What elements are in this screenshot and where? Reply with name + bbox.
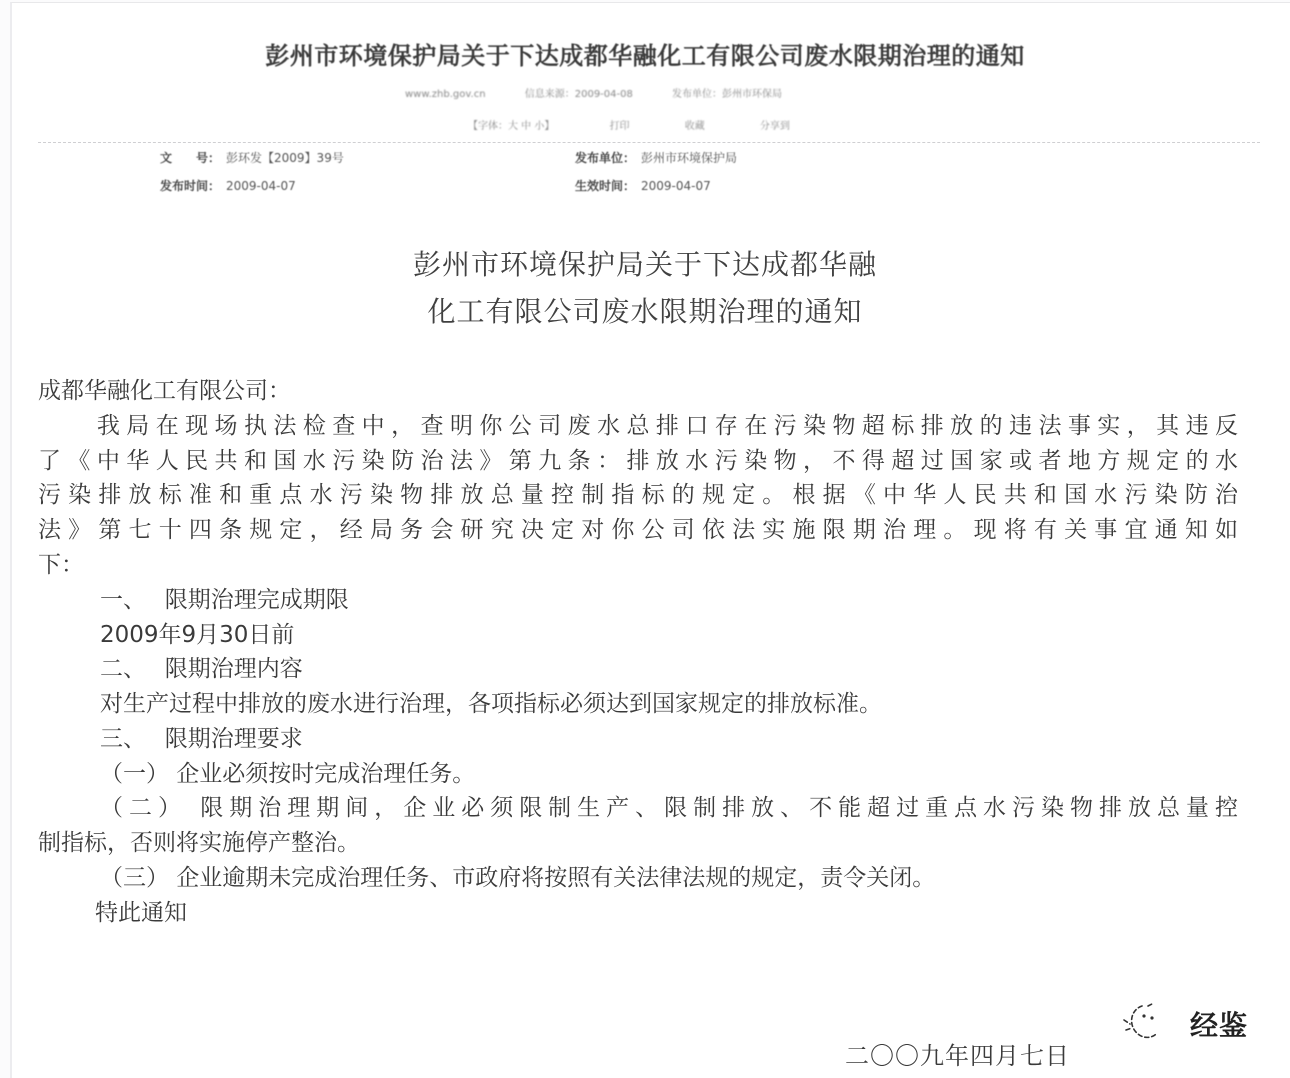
header-divider xyxy=(38,142,1260,143)
paragraph-line-1: 我局在现场执法检查中，查明你公司废水总排口存在污染物超标排放的违法事实，其违反 xyxy=(38,409,1238,444)
section-2-heading: 二、 限期治理内容 xyxy=(100,652,303,687)
paragraph-line-4: 法》第七十四条规定，经局务会研究决定对你公司依法实施限期治理。现将有关事宜通知如 xyxy=(38,513,1238,548)
header-meta-line-2: 【字体：大 中 小】 打印 收藏 分享到 xyxy=(468,117,826,132)
doc-number-value: 彭环发【2009】39号 xyxy=(226,151,344,165)
section-3-heading: 三、 限期治理要求 xyxy=(100,722,303,757)
watermark: 经鉴 xyxy=(1120,1000,1248,1048)
doc-number-label: 文 号： xyxy=(160,151,220,165)
effective-date-label: 生效时间： xyxy=(575,179,635,193)
info-effective-date: 生效时间：2009-04-07 xyxy=(575,177,711,194)
paragraph-line-2: 了《中华人民共和国水污染防治法》第九条：排放水污染物，不得超过国家或者地方规定的… xyxy=(38,444,1238,479)
requirement-2-line-1: （二） 限期治理期间，企业必须限制生产、限制排放、不能超过重点水污染物排放总量控 xyxy=(100,791,1238,826)
section-1-heading: 一、 限期治理完成期限 xyxy=(100,583,349,618)
font-size-switcher[interactable]: 【字体：大 中 小】 xyxy=(468,121,554,132)
info-issuer: 发布单位：彭州市环境保护局 xyxy=(575,149,737,166)
salutation: 成都华融化工有限公司： xyxy=(38,374,291,409)
issue-date-label: 发布时间： xyxy=(160,179,220,193)
share-link[interactable]: 分享到 xyxy=(760,121,790,132)
paragraph-end: 下： xyxy=(38,548,84,583)
requirement-1: （一） 企业必须按时完成治理任务。 xyxy=(100,757,475,792)
watermark-text: 经鉴 xyxy=(1190,1004,1248,1044)
paragraph-line-3: 污染排放标准和重点水污染物排放总量控制指标的规定。根据《中华人民共和国水污染防治 xyxy=(38,478,1238,513)
meta-publisher: 发布单位：彭州市环保局 xyxy=(672,89,782,100)
print-link[interactable]: 打印 xyxy=(610,121,630,132)
page-header-title: 彭州市环境保护局关于下达成都华融化工有限公司废水限期治理的通知 xyxy=(0,36,1290,71)
section-1-content: 2009年9月30日前 xyxy=(100,618,294,653)
favorite-link[interactable]: 收藏 xyxy=(685,121,705,132)
requirement-3: （三） 企业逾期未完成治理任务、市政府将按照有关法律法规的规定，责令关闭。 xyxy=(100,861,935,896)
wechat-channel-icon xyxy=(1120,1000,1172,1048)
closing-text: 特此通知 xyxy=(95,896,187,931)
section-2-content: 对生产过程中排放的废水进行治理，各项指标必须达到国家规定的排放标准。 xyxy=(100,687,882,722)
issue-date-value: 2009-04-07 xyxy=(226,179,296,193)
info-doc-number: 文 号：彭环发【2009】39号 xyxy=(160,149,344,166)
document-title-line-1: 彭州市环境保护局关于下达成都华融 xyxy=(0,243,1290,283)
meta-info-source: 信息来源：2009-04-08 xyxy=(525,89,633,100)
requirement-2-line-2: 制指标，否则将实施停产整治。 xyxy=(38,826,360,861)
meta-source-site[interactable]: www.zhb.gov.cn xyxy=(405,89,486,100)
effective-date-value: 2009-04-07 xyxy=(641,179,711,193)
header-meta-line-1: www.zhb.gov.cn 信息来源：2009-04-08 发布单位：彭州市环… xyxy=(405,85,818,100)
document-title-line-2: 化工有限公司废水限期治理的通知 xyxy=(0,290,1290,330)
issuer-label: 发布单位： xyxy=(575,151,635,165)
info-issue-date: 发布时间：2009-04-07 xyxy=(160,177,296,194)
issuer-value: 彭州市环境保护局 xyxy=(641,151,737,165)
document-date: 二〇〇九年四月七日 xyxy=(845,1036,1070,1071)
